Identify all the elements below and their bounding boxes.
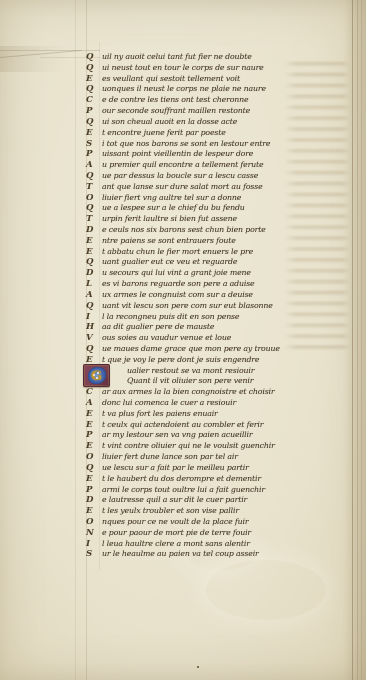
book-fore-edge [344,0,366,680]
verse-text: t ceulx qui actendoient au combler et fe… [102,420,263,431]
margin-capital: E [86,247,102,258]
margin-capital: E [86,236,102,247]
verse-line: Oliuier fert dune lance son par tel air [86,452,344,463]
verse-text: t vint contre oliuier qui ne le voulsit … [102,441,275,452]
page-edge-line [361,0,362,680]
verse-line: Si tot que nos barons se sont en lestour… [86,139,344,150]
verse-line: Qui neust tout en tour le corps de sur n… [86,63,344,74]
verse-text: uonques il neust le corps ne plaie ne na… [102,84,266,95]
margin-capital: C [86,95,102,106]
verse-text: ui neust tout en tour le corps de sur na… [102,63,264,74]
verse-text: urpin ferit laultre si bien fut assene [102,214,237,225]
parchment-vein [206,560,326,620]
verse-line: Et abbatu chun le fier mort enuers le pr… [86,247,344,258]
verse-line: Ees veullant qui sestoit tellement voit [86,74,344,85]
verse-text: our seconde souffrant maillen restonte [102,106,250,117]
verse-line: Quant vit lescu son pere com sur eut bla… [86,301,344,312]
verse-line: Il leua haultre clere a mont sans alenti… [86,539,344,550]
verse-text: ue a lespee sur a le chief du bu fendu [102,203,245,214]
text-block: Quil ny auoit celui tant fut fier ne dou… [86,52,344,560]
verse-line: Au premier quil encontre a tellement fer… [86,160,344,171]
verse-text: u secours qui lui vint a grant joie mene [102,268,251,279]
margin-capital: E [86,506,102,517]
verse-line: Ce de contre les tiens ont test cheronne [86,95,344,106]
verse-line: Et le haubert du dos derompre et dementi… [86,474,344,485]
verse-line: Il la recongneu puis dit en son pense [86,312,344,323]
verse-line: Et va plus fort les paiens enuair [86,409,344,420]
margin-capital: S [86,549,102,560]
verse-line: Oliuier fiert vng aultre tel sur a donne [86,193,344,204]
margin-capital: A [86,290,102,301]
verse-text: liuier fert dune lance son par tel air [102,452,238,463]
margin-capital: P [86,430,102,441]
verse-text: t les yeulx troubler et son vise pallir [102,506,239,517]
verse-line: Que lescu sur a fait par le meilleu part… [86,463,344,474]
page-edge-line [352,0,353,680]
verse-text: ue par dessus la boucle sur a lescu cass… [102,171,258,182]
margin-capital: N [86,528,102,539]
margin-capital: E [86,128,102,139]
verse-line: Et que je voy le pere dont je suis engen… [86,355,344,366]
verse-text: uissant point vieillentin de lespeur dor… [102,149,253,160]
verse-line: Vous soies au vaudur venue et loue [86,333,344,344]
margin-capital: E [86,441,102,452]
margin-capital: Q [86,301,102,312]
margin-capital: T [86,214,102,225]
verse-text: t va plus fort les paiens enuair [102,409,218,420]
verse-line: Pour seconde souffrant maillen restonte [86,106,344,117]
ruling-line-vertical [75,0,76,680]
margin-capital: O [86,452,102,463]
margin-capital: D [86,268,102,279]
verse-text: ue lescu sur a fait par le meilleu parti… [102,463,249,474]
verse-text: t abbatu chun le fier mort enuers le pre [102,247,253,258]
verse-line: Que par dessus la boucle sur a lescu cas… [86,171,344,182]
verse-line: Que maues dame grace que mon pere ay tro… [86,344,344,355]
verse-text: armi le corps tout oultre lui a fait gue… [102,485,265,496]
verse-text: liuier fiert vng aultre tel sur a donne [102,193,241,204]
margin-capital: Q [86,257,102,268]
verse-line: Et les yeulx troubler et son vise pallir [86,506,344,517]
verse-text: es veullant qui sestoit tellement voit [102,74,240,85]
verse-line: Turpin ferit laultre si bien fut assene [86,214,344,225]
margin-capital: P [86,485,102,496]
verse-text: e de contre les tiens ont test cheronne [102,95,248,106]
manuscript-page: Quil ny auoit celui tant fut fier ne dou… [0,0,366,680]
verse-line: De lautresse quil a sur dit le cuer part… [86,495,344,506]
verse-text: ualier restout se va mont resiouir [102,366,254,377]
margin-capital: O [86,517,102,528]
ink-speck [197,666,199,668]
verse-text: t que je voy le pere dont je suis engend… [102,355,259,366]
margin-capital: A [86,398,102,409]
margin-capital: H [86,322,102,333]
margin-capital: Q [86,203,102,214]
margin-capital: E [86,74,102,85]
verse-text: i tot que nos barons se sont en lestour … [102,139,270,150]
verse-line: Puissant point vieillentin de lespeur do… [86,149,344,160]
verse-text: e pour paour de mort pie de terre fouir [102,528,251,539]
verse-line: Quant gualier eut ce veu et reguarde [86,257,344,268]
verse-line: Onques pour ce ne voult de la place fuir [86,517,344,528]
margin-capital: P [86,149,102,160]
verse-line: Et encontre juene ferit par poeste [86,128,344,139]
illuminated-initial-letter: G [84,366,109,386]
verse-line: Quant il vit oliuier son pere venir [86,376,344,387]
verse-text: aa dit gualier pere de mauste [102,322,214,333]
verse-line: Haa dit gualier pere de mauste [86,322,344,333]
verse-line: Les vi barons reguarde son pere a aduise [86,279,344,290]
verse-text: Quant il vit oliuier son pere venir [102,376,253,387]
verse-line: Quonques il neust le corps ne plaie ne n… [86,84,344,95]
verse-line: Tant que lanse sur dure salat mort au fo… [86,182,344,193]
margin-capital: S [86,139,102,150]
verse-text: l la recongneu puis dit en son pense [102,312,239,323]
verse-line: Aux armes le congnuist com sur a deuise [86,290,344,301]
verse-line: Entre paiens se sont entrauers foute [86,236,344,247]
filigree-dot [93,374,95,376]
verse-text: ous soies au vaudur venue et loue [102,333,231,344]
illuminated-initial: G [83,364,110,387]
verse-line: Du secours qui lui vint a grant joie men… [86,268,344,279]
margin-capital: Q [86,84,102,95]
margin-capital: P [86,106,102,117]
verse-text: ue maues dame grace que mon pere ay trou… [102,344,280,355]
margin-capital: Q [86,117,102,128]
verse-text: uant vit lescu son pere com sur eut blas… [102,301,273,312]
margin-capital: V [86,333,102,344]
verse-line: Et ceulx qui actendoient au combler et f… [86,420,344,431]
verse-line: Parmi le corps tout oultre lui a fait gu… [86,485,344,496]
margin-capital: Q [86,344,102,355]
verse-text: u premier quil encontre a tellement feru… [102,160,264,171]
margin-capital: Q [86,171,102,182]
verse-line: Et vint contre oliuier qui ne le voulsit… [86,441,344,452]
margin-capital: L [86,279,102,290]
verse-line: Par my lestour sen va vng paien acueilli… [86,430,344,441]
filigree-dot [97,372,99,374]
filigree-dot [96,377,98,379]
margin-capital: E [86,409,102,420]
margin-capital: D [86,495,102,506]
verse-text: es vi barons reguarde son pere a aduise [102,279,255,290]
verse-line: De ceuls nos six barons sest chun bien p… [86,225,344,236]
verse-line: Quil ny auoit celui tant fut fier ne dou… [86,52,344,63]
verse-text: ar my lestour sen va vng paien acueillir [102,430,252,441]
verse-text: ux armes le congnuist com sur a deuise [102,290,253,301]
margin-capital: A [86,160,102,171]
margin-capital: D [86,225,102,236]
verse-text: ur le heaulme au paien va tel coup assei… [102,549,259,560]
margin-capital: I [86,312,102,323]
verse-line: Adonc lui comenca le cuer a resiouir [86,398,344,409]
margin-capital: E [86,474,102,485]
verse-text: ui son cheual auoit en la dosse acte [102,117,237,128]
margin-capital: T [86,182,102,193]
verse-text: nques pour ce ne voult de la place fuir [102,517,248,528]
margin-capital: E [86,420,102,431]
verse-text: e lautresse quil a sur dit le cuer parti… [102,495,247,506]
verse-text: t encontre juene ferit par poeste [102,128,226,139]
verse-text: ntre paiens se sont entrauers foute [102,236,236,247]
verse-line: Car aux armes la la bien congnoistre et … [86,387,344,398]
verse-line: Que a lespee sur a le chief du bu fendu [86,203,344,214]
margin-capital: Q [86,52,102,63]
ruling-line-horizontal [0,50,100,51]
page-edge-line [357,0,358,680]
verse-text: l leua haultre clere a mont sans alentir [102,539,250,550]
verse-line: ualier restout se va mont resiouir [86,366,344,377]
verse-line: Ne pour paour de mort pie de terre fouir [86,528,344,539]
margin-capital: O [86,193,102,204]
verse-text: uil ny auoit celui tant fut fier ne doub… [102,52,252,63]
verse-text: donc lui comenca le cuer a resiouir [102,398,236,409]
verse-text: ar aux armes la la bien congnoistre et c… [102,387,274,398]
verse-line: Sur le heaulme au paien va tel coup asse… [86,549,344,560]
margin-capital: I [86,539,102,550]
verse-text: uant gualier eut ce veu et reguarde [102,257,237,268]
verse-line: Qui son cheual auoit en la dosse acte [86,117,344,128]
margin-capital: Q [86,63,102,74]
margin-capital: Q [86,463,102,474]
margin-capital: C [86,387,102,398]
verse-text: t le haubert du dos derompre et dementir [102,474,261,485]
verse-text: e ceuls nos six barons sest chun bien po… [102,225,266,236]
verse-text: ant que lanse sur dure salat mort au fos… [102,182,263,193]
